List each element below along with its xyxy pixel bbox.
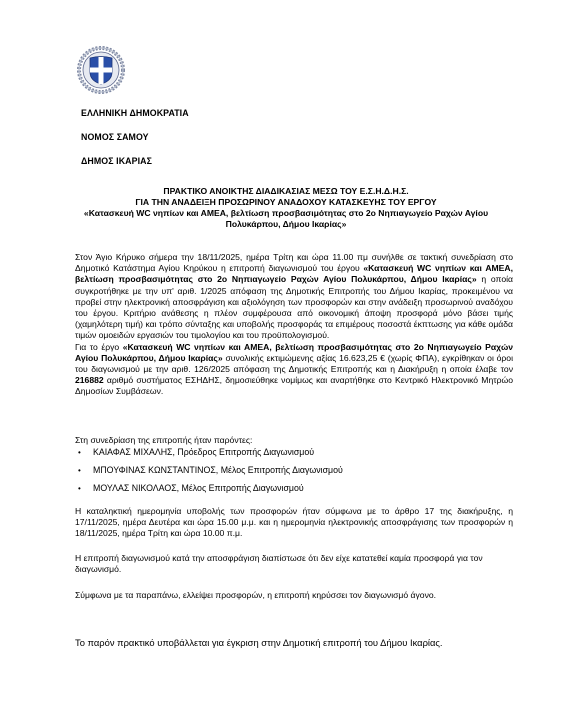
paragraph-meeting: Στον Άγιο Κήρυκο σήμερα την 18/11/2025, … — [75, 252, 513, 398]
paragraph-conclusion: Σύμφωνα με τα παραπάνω, ελλείψει προσφορ… — [75, 590, 513, 601]
bullet-icon: • — [78, 465, 93, 476]
paragraph-submission: Το παρόν πρακτικό υποβάλλεται για έγκρισ… — [75, 637, 443, 648]
prefecture-name: ΝΟΜΟΣ ΣΑΜΟΥ — [81, 132, 149, 143]
paragraph-deadline: Η καταληκτική ημερομηνία υποβολής των πρ… — [75, 506, 513, 540]
title-line-3: «Κατασκευή WC νηπίων και ΑΜΕΑ, βελτίωση … — [66, 208, 506, 230]
esidis-number: 216882 — [75, 375, 104, 385]
municipality-name: ΔΗΜΟΣ ΙΚΑΡΙΑΣ — [81, 156, 152, 167]
bullet-icon: • — [78, 447, 93, 458]
attendee-item: •ΜΟΥΛΑΣ ΝΙΚΟΛΑΟΣ, Μέλος Επιτροπής Διαγων… — [78, 483, 304, 494]
title-line-2: ΓΙΑ ΤΗΝ ΑΝΑΔΕΙΞΗ ΠΡΟΣΩΡΙΝΟΥ ΑΝΑΔΟΧΟΥ ΚΑΤ… — [66, 197, 506, 208]
document-page: ΕΛΛΗΝΙΚΗ ΔΗΜΟΚΡΑΤΙΑ ΝΟΜΟΣ ΣΑΜΟΥ ΔΗΜΟΣ ΙΚ… — [0, 0, 563, 725]
paragraph-project-intro: Για το έργο — [75, 342, 123, 352]
paragraph-no-offers: Η επιτροπή διαγωνισμού κατά την αποσφράγ… — [75, 553, 513, 575]
attendees-intro: Στη συνεδρίαση της επιτροπής ήταν παρόντ… — [75, 435, 513, 446]
attendee-name: ΜΠΟΥΦΙΝΑΣ ΚΩΝΣΤΑΝΤΙΝΟΣ, Μέλος Επιτροπής … — [93, 465, 343, 475]
attendee-item: •ΜΠΟΥΦΙΝΑΣ ΚΩΝΣΤΑΝΤΙΝΟΣ, Μέλος Επιτροπής… — [78, 465, 343, 476]
country-name: ΕΛΛΗΝΙΚΗ ΔΗΜΟΚΡΑΤΙΑ — [81, 108, 189, 119]
document-title: ΠΡΑΚΤΙΚΟ ΑΝΟΙΚΤΗΣ ΔΙΑΔΙΚΑΣΙΑΣ ΜΕΣΩ ΤΟΥ Ε… — [66, 186, 506, 230]
greek-coat-of-arms-icon — [77, 46, 125, 94]
title-line-1: ΠΡΑΚΤΙΚΟ ΑΝΟΙΚΤΗΣ ΔΙΑΔΙΚΑΣΙΑΣ ΜΕΣΩ ΤΟΥ Ε… — [66, 186, 506, 197]
bullet-icon: • — [78, 483, 93, 494]
attendee-item: •ΚΑΙΑΦΑΣ ΜΙΧΑΛΗΣ, Πρόεδρος Επιτροπής Δια… — [78, 447, 314, 458]
attendee-name: ΚΑΙΑΦΑΣ ΜΙΧΑΛΗΣ, Πρόεδρος Επιτροπής Διαγ… — [93, 447, 314, 457]
attendee-name: ΜΟΥΛΑΣ ΝΙΚΟΛΑΟΣ, Μέλος Επιτροπής Διαγωνι… — [93, 483, 304, 493]
paragraph-project-end: αριθμό συστήματος ΕΣΗΔΗΣ, δημοσιεύθηκε ν… — [75, 375, 513, 396]
